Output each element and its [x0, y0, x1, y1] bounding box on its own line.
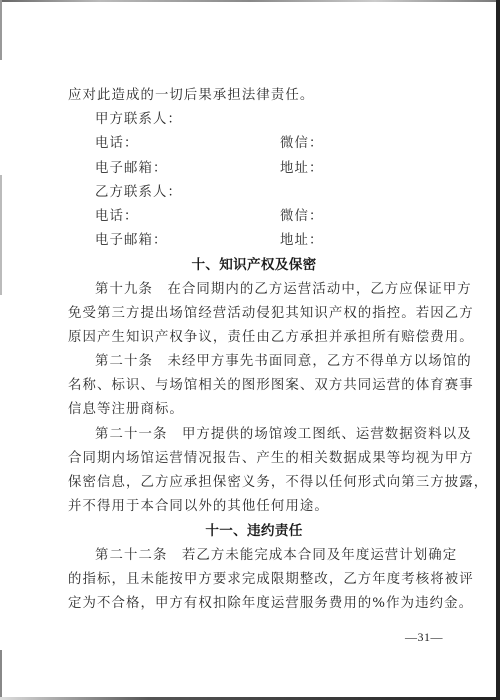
- address-label: 地址：: [280, 157, 323, 181]
- article-21-line: 并不得用于本合同以外的其他任何用途。: [68, 495, 440, 519]
- section-heading: 十一、违约责任: [68, 519, 440, 543]
- scan-edge-left: [0, 650, 2, 700]
- article-21-line: 合同期内场馆运营情况报告、产生的相关数据成果等均视为甲方: [68, 447, 440, 471]
- scan-edge-right: [496, 0, 500, 700]
- scan-edge-top: [0, 0, 500, 2]
- party-a-contact-row: 电话： 微信：: [68, 132, 440, 156]
- article-19-line: 免受第三方提出场馆经营活动侵犯其知识产权的指控。若因乙方: [68, 302, 440, 326]
- party-b-contact-row: 电话： 微信：: [68, 205, 440, 229]
- article-22-line: 定为不合格，甲方有权扣除年度运营服务费用的%作为违约金。: [68, 592, 440, 616]
- article-20-line: 名称、标识、与场馆相关的图形图案、双方共同运营的体育赛事: [68, 374, 440, 398]
- party-a-contact-row: 电子邮箱： 地址：: [68, 157, 440, 181]
- article-19-line: 第十九条 在合同期内的乙方运营活动中，乙方应保证甲方: [68, 278, 440, 302]
- party-b-contact-label: 乙方联系人：: [68, 181, 440, 205]
- party-a-contact-label: 甲方联系人：: [68, 108, 440, 132]
- party-b-contact-row: 电子邮箱： 地址：: [68, 229, 440, 253]
- scan-edge-left: [0, 175, 2, 295]
- scan-edge-left: [0, 0, 2, 60]
- article-21-line: 第二十一条 甲方提供的场馆竣工图纸、运营数据资料以及: [68, 423, 440, 447]
- document-page: 应对此造成的一切后果承担法律责任。 甲方联系人： 电话： 微信： 电子邮箱： 地…: [68, 84, 440, 616]
- phone-label: 电话：: [95, 132, 280, 156]
- article-22-line: 的指标，且未能按甲方要求完成限期整改，乙方年度考核将被评: [68, 568, 440, 592]
- wechat-label: 微信：: [280, 205, 323, 229]
- paragraph-line: 应对此造成的一切后果承担法律责任。: [68, 84, 440, 108]
- email-label: 电子邮箱：: [95, 229, 280, 253]
- article-20-line: 第二十条 未经甲方事先书面同意，乙方不得单方以场馆的: [68, 350, 440, 374]
- page-number: —31—: [405, 630, 443, 645]
- email-label: 电子邮箱：: [95, 157, 280, 181]
- wechat-label: 微信：: [280, 132, 323, 156]
- address-label: 地址：: [280, 229, 323, 253]
- article-21-line: 保密信息，乙方应承担保密义务，不得以任何形式向第三方披露，: [68, 471, 440, 495]
- article-22-line: 第二十二条 若乙方未能完成本合同及年度运营计划确定: [68, 544, 440, 568]
- section-heading: 十、知识产权及保密: [68, 253, 440, 277]
- article-19-line: 原因产生知识产权争议，责任由乙方承担并承担所有赔偿费用。: [68, 326, 440, 350]
- article-20-line: 信息等注册商标。: [68, 398, 440, 422]
- phone-label: 电话：: [95, 205, 280, 229]
